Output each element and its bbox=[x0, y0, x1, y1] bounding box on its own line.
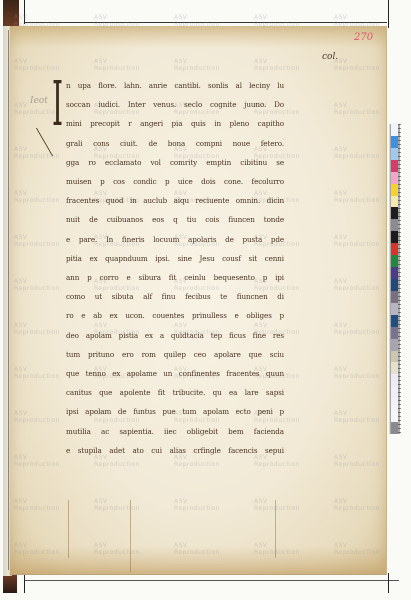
frame-tick bbox=[24, 573, 25, 593]
crease bbox=[275, 500, 276, 558]
text-line: mini precopit r angeri pia quis in pleno… bbox=[66, 114, 284, 133]
color-swatch bbox=[391, 351, 398, 363]
manuscript-text: n upa flore. lahn. anrie cantibi. sonlis… bbox=[66, 76, 284, 460]
color-swatch bbox=[391, 136, 398, 148]
color-swatch bbox=[391, 160, 398, 172]
text-line: tum prituno ero rom quilep ceo apolare q… bbox=[66, 345, 284, 364]
text-line: fracentes quod in auclub aiqu reciuente … bbox=[66, 191, 284, 210]
color-swatch bbox=[391, 243, 398, 255]
text-line: ipsi apolam de funtus pue tum apolam ect… bbox=[66, 402, 284, 421]
color-swatch bbox=[391, 267, 398, 279]
margin-note: Ieot bbox=[30, 96, 48, 106]
frame-line-bottom bbox=[24, 580, 399, 581]
frame-line-top bbox=[24, 22, 387, 23]
ruler-scale bbox=[398, 124, 401, 434]
text-line: nuit de cuibuanos eos q tiu cois fiuncen… bbox=[66, 210, 284, 229]
stain-bottom bbox=[10, 546, 386, 574]
color-swatch bbox=[391, 172, 398, 184]
text-line: e stupila adet ato cui alias crfingle fa… bbox=[66, 441, 284, 460]
color-swatch bbox=[391, 303, 398, 315]
color-swatch bbox=[391, 184, 398, 196]
text-line: que tenno ex apolame un confinentes frac… bbox=[66, 364, 284, 383]
color-swatch bbox=[391, 339, 398, 351]
folio-number: 270 bbox=[354, 32, 373, 43]
text-line: muisen p cos condic p uice dois cone. fe… bbox=[66, 172, 284, 191]
text-line: ann p corro e sibura fit ceinlu bequesen… bbox=[66, 268, 284, 287]
crease bbox=[68, 500, 69, 558]
color-swatch bbox=[391, 362, 398, 374]
text-line: e pare. In fineris locuum apolaris de pu… bbox=[66, 230, 284, 249]
text-line: como ut sibuta alf finu fecibus te fiunc… bbox=[66, 287, 284, 306]
frame-tick bbox=[388, 0, 389, 28]
column-mark: col. bbox=[322, 52, 338, 62]
decorated-initial: I bbox=[52, 74, 63, 134]
text-line: gga ro ecclamato vol comrity emptin cibi… bbox=[66, 153, 284, 172]
color-swatch bbox=[391, 219, 398, 231]
color-swatch bbox=[391, 231, 398, 243]
text-line: n upa flore. lahn. anrie cantibi. sonlis… bbox=[66, 76, 284, 95]
color-swatch bbox=[391, 386, 398, 398]
color-swatch bbox=[391, 124, 398, 136]
color-swatch bbox=[391, 374, 398, 386]
color-swatch bbox=[391, 207, 398, 219]
color-swatch bbox=[391, 327, 398, 339]
color-swatch bbox=[391, 255, 398, 267]
text-line: grali cons ciuit. de bona compni noue fe… bbox=[66, 134, 284, 153]
color-swatch bbox=[391, 291, 398, 303]
color-swatch bbox=[391, 410, 398, 422]
text-line: deo apolam pistia ex a quidtacia tep fic… bbox=[66, 326, 284, 345]
color-swatch bbox=[391, 196, 398, 208]
color-swatch bbox=[391, 279, 398, 291]
text-line: canitus que apolente fit tribucite. qu e… bbox=[66, 383, 284, 402]
text-line: ro e ab ex ucon. couentes prinulless e o… bbox=[66, 306, 284, 325]
text-line: mutilia ac sapientia. iiec obligebit bem… bbox=[66, 422, 284, 441]
color-swatch bbox=[391, 148, 398, 160]
stain-top bbox=[10, 26, 386, 48]
binding-corner-top bbox=[3, 0, 19, 26]
color-swatch bbox=[391, 315, 398, 327]
text-line: pitia ex quapnduum ipsi. sine Jesu cousf… bbox=[66, 249, 284, 268]
text-line: soccan iudici. Inter venus. seclo cognit… bbox=[66, 95, 284, 114]
color-swatch bbox=[391, 398, 398, 410]
binding-corner-bottom bbox=[3, 575, 17, 593]
binding-line bbox=[8, 30, 9, 570]
crease bbox=[130, 500, 131, 572]
frame-tick bbox=[388, 573, 389, 593]
color-swatch bbox=[391, 422, 398, 434]
frame-tick bbox=[24, 0, 25, 24]
